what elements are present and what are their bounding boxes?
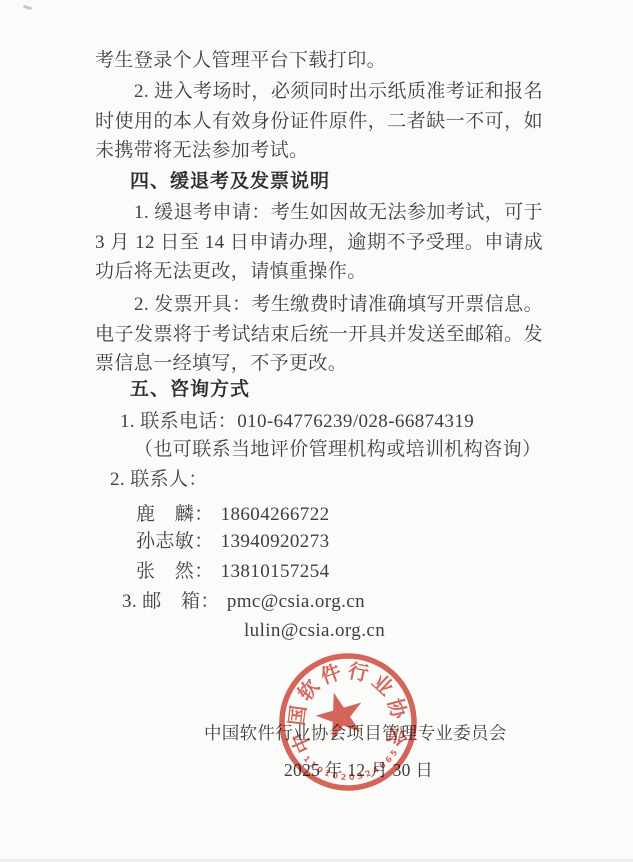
svg-text:国: 国	[285, 704, 310, 727]
paragraph-print-notice: 考生登录个人管理平台下载打印。	[95, 48, 386, 74]
contact-phone: 18604266722	[221, 504, 330, 525]
contact-name: 张 然：	[136, 561, 214, 582]
contact-name: 鹿 麟：	[136, 504, 214, 525]
official-seal: 中国软件行业协会 1101020324865	[263, 637, 434, 808]
contact-phone: 13810157254	[221, 561, 330, 582]
svg-text:2: 2	[364, 768, 372, 778]
contact-phone-note: （也可联系当地评价管理机构或培训机构咨询）	[134, 437, 541, 463]
svg-text:2: 2	[340, 773, 346, 782]
svg-text:5: 5	[389, 748, 400, 758]
contacts-label: 2. 联系人：	[110, 467, 208, 493]
contact-phone: 13940920273	[221, 531, 330, 552]
paragraph-exam-entry: 2. 进入考场时，必须同时出示纸质准考证和报名时使用的本人有效身份证件原件，二者…	[95, 77, 543, 166]
svg-text:1: 1	[323, 768, 332, 779]
seal-ring-text: 中国软件行业协会	[281, 654, 414, 757]
svg-text:件: 件	[318, 660, 345, 688]
paragraph-invoice: 2. 发票开具：考生缴费时请准确填写开票信息。电子发票将于考试结束后统一开具并发…	[95, 290, 543, 379]
contact-row: 孙志敏：13940920273	[136, 529, 330, 555]
svg-text:0: 0	[349, 773, 356, 782]
scan-artifact-speck	[23, 5, 32, 11]
contact-row: 鹿 麟：18604266722	[136, 502, 330, 528]
contact-name: 孙志敏：	[136, 531, 214, 552]
svg-text:3: 3	[356, 771, 363, 781]
heading-section-four: 四、缓退考及发票说明	[130, 169, 330, 195]
document-page: 考生登录个人管理平台下载打印。 2. 进入考场时，必须同时出示纸质准考证和报名时…	[0, 0, 633, 862]
contact-phone-line: 1. 联系电话：010-64776239/028-66874319	[120, 409, 474, 435]
email-primary: pmc@csia.org.cn	[227, 591, 365, 612]
email-row: 3. 邮 箱：pmc@csia.org.cn	[122, 589, 365, 615]
heading-section-five: 五、咨询方式	[130, 377, 250, 403]
email-label: 3. 邮 箱：	[122, 591, 220, 612]
paragraph-deferral: 1. 缓退考申请：考生如因故无法参加考试，可于 3 月 12 日至 14 日申请…	[95, 198, 543, 287]
svg-text:行: 行	[346, 658, 370, 686]
contact-row: 张 然：13810157254	[136, 559, 330, 585]
svg-text:0: 0	[331, 771, 339, 781]
